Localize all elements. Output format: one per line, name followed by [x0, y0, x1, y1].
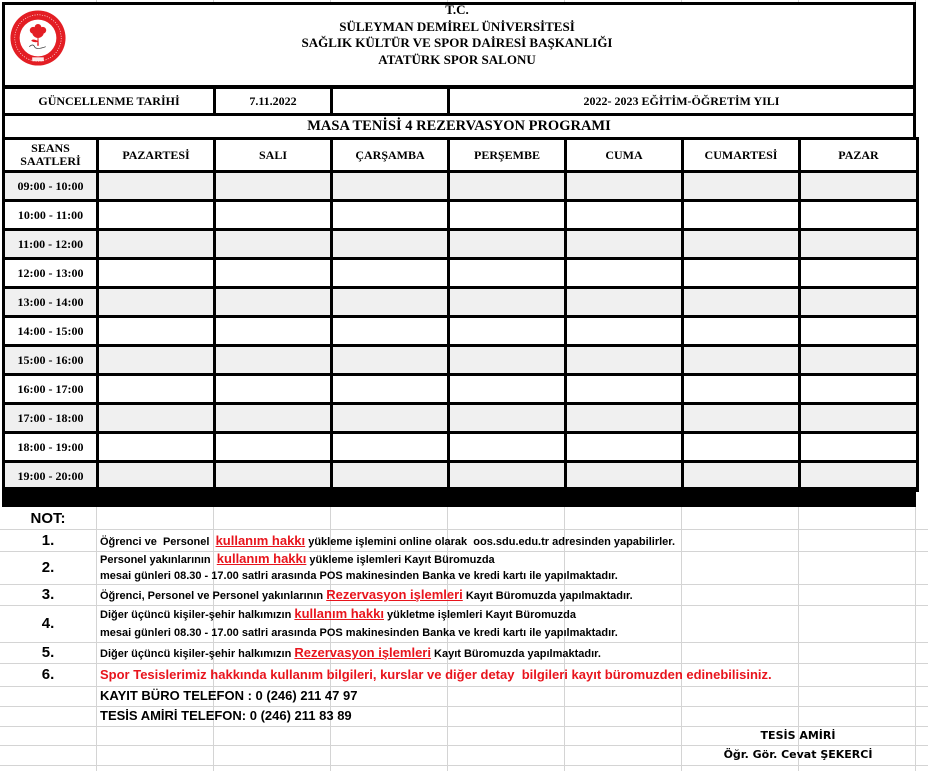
schedule-cell[interactable] — [798, 431, 919, 463]
note-text: Diğer üçüncü kişiler-şehir halkımızın ku… — [100, 605, 920, 642]
schedule-cell[interactable] — [681, 344, 801, 376]
schedule-cell[interactable] — [213, 431, 333, 463]
note-segment: yükleme işlemleri Kayıt Büromuzda — [306, 554, 494, 566]
time-slot-label: 18:00 - 19:00 — [2, 431, 99, 463]
schedule-cell[interactable] — [564, 286, 684, 318]
time-slot-label: 15:00 - 16:00 — [2, 344, 99, 376]
header-line-venue: ATATÜRK SPOR SALONU — [0, 52, 914, 69]
note-line: Spor Tesislerimiz hakkında kullanım bilg… — [100, 663, 920, 686]
manager-phone: TESİS AMİRİ TELEFON: 0 (246) 211 83 89 — [100, 706, 352, 726]
schedule-cell[interactable] — [798, 402, 919, 434]
note-highlight-link[interactable]: Rezervasyon işlemleri — [326, 587, 463, 602]
schedule-cell[interactable] — [330, 431, 450, 463]
schedule-cell[interactable] — [564, 257, 684, 289]
schedule-cell[interactable] — [798, 199, 919, 231]
schedule-cell[interactable] — [330, 286, 450, 318]
note-text: Spor Tesislerimiz hakkında kullanım bilg… — [100, 663, 920, 686]
day-header-1: SALI — [213, 137, 333, 173]
time-slot-label: 11:00 - 12:00 — [2, 228, 99, 260]
note-text: Öğrenci ve Personel kullanım hakkı yükle… — [100, 530, 920, 551]
note-line: Diğer üçüncü kişiler-şehir halkımızın ku… — [100, 605, 920, 624]
schedule-cell[interactable] — [96, 257, 216, 289]
table-bottom-bar — [2, 487, 916, 507]
schedule-cell[interactable] — [798, 344, 919, 376]
session-header-line2: SAATLERİ — [20, 155, 80, 168]
note-segment: Kayıt Büromuzda yapılmaktadır. — [431, 648, 601, 660]
schedule-cell[interactable] — [564, 431, 684, 463]
note-segment: Kayıt Büromuzda yapılmaktadır. — [463, 590, 633, 602]
schedule-cell[interactable] — [330, 315, 450, 347]
note-text: Diğer üçüncü kişiler-şehir halkımızın Re… — [100, 642, 920, 663]
schedule-cell[interactable] — [681, 170, 801, 202]
schedule-cell[interactable] — [213, 199, 333, 231]
schedule-cell[interactable] — [681, 257, 801, 289]
schedule-cell[interactable] — [96, 344, 216, 376]
schedule-cell[interactable] — [681, 402, 801, 434]
schedule-cell[interactable] — [681, 286, 801, 318]
schedule-cell[interactable] — [681, 228, 801, 260]
schedule-cell[interactable] — [213, 373, 333, 405]
note-line: Öğrenci, Personel ve Personel yakınların… — [100, 584, 920, 605]
note-line: Personel yakınlarının kullanım hakkı yük… — [100, 551, 920, 568]
schedule-cell[interactable] — [96, 431, 216, 463]
schedule-cell[interactable] — [330, 373, 450, 405]
note-highlight-text: Spor Tesislerimiz hakkında kullanım bilg… — [100, 667, 772, 682]
time-slot-label: 16:00 - 17:00 — [2, 373, 99, 405]
schedule-cell[interactable] — [564, 199, 684, 231]
note-highlight-link[interactable]: kullanım hakkı — [217, 551, 307, 566]
schedule-cell[interactable] — [96, 228, 216, 260]
updated-date-label: GÜNCELLENME TARİHİ — [2, 86, 216, 116]
header-titles: T.C. SÜLEYMAN DEMİREL ÜNİVERSİTESİ SAĞLI… — [0, 2, 914, 68]
note-segment: Diğer üçüncü kişiler-şehir halkımızın — [100, 609, 294, 621]
note-number: 5. — [0, 642, 96, 663]
info-blank-cell — [330, 86, 450, 116]
schedule-cell[interactable] — [330, 228, 450, 260]
day-header-0: PAZARTESİ — [96, 137, 216, 173]
day-header-6: PAZAR — [798, 137, 919, 173]
schedule-cell[interactable] — [330, 344, 450, 376]
signature-title: TESİS AMİRİ — [681, 727, 915, 745]
schedule-cell[interactable] — [213, 315, 333, 347]
schedule-cell[interactable] — [213, 170, 333, 202]
time-slot-label: 13:00 - 14:00 — [2, 286, 99, 318]
note-text: Personel yakınlarının kullanım hakkı yük… — [100, 551, 920, 584]
day-header-2: ÇARŞAMBA — [330, 137, 450, 173]
note-number: 6. — [0, 663, 96, 686]
note-number: 1. — [0, 530, 96, 551]
schedule-cell[interactable] — [447, 402, 567, 434]
note-line: Öğrenci ve Personel kullanım hakkı yükle… — [100, 530, 920, 551]
schedule-cell[interactable] — [447, 431, 567, 463]
notes-heading: NOT: — [0, 508, 96, 530]
schedule-cell[interactable] — [330, 257, 450, 289]
header-line-tc: T.C. — [0, 2, 914, 19]
header-line-university: SÜLEYMAN DEMİREL ÜNİVERSİTESİ — [0, 19, 914, 36]
schedule-cell[interactable] — [564, 315, 684, 347]
note-number: 4. — [0, 605, 96, 642]
updated-date-value: 7.11.2022 — [213, 86, 333, 116]
schedule-cell[interactable] — [213, 228, 333, 260]
schedule-cell[interactable] — [681, 315, 801, 347]
note-segment: mesai günleri 08.30 - 17.00 satlri arası… — [100, 627, 618, 639]
note-segment: Diğer üçüncü kişiler-şehir halkımızın — [100, 648, 294, 660]
schedule-cell[interactable] — [330, 170, 450, 202]
schedule-cell[interactable] — [564, 228, 684, 260]
schedule-cell[interactable] — [213, 344, 333, 376]
time-slot-label: 14:00 - 15:00 — [2, 315, 99, 347]
note-segment: Öğrenci ve Personel — [100, 536, 216, 548]
schedule-cell[interactable] — [564, 170, 684, 202]
day-header-5: CUMARTESİ — [681, 137, 801, 173]
schedule-cell[interactable] — [681, 431, 801, 463]
schedule-cell[interactable] — [213, 286, 333, 318]
note-number: 2. — [0, 551, 96, 584]
schedule-cell[interactable] — [447, 199, 567, 231]
schedule-cell[interactable] — [798, 315, 919, 347]
schedule-cell[interactable] — [798, 170, 919, 202]
time-slot-label: 17:00 - 18:00 — [2, 402, 99, 434]
schedule-cell[interactable] — [681, 373, 801, 405]
header-line-department: SAĞLIK KÜLTÜR VE SPOR DAİRESİ BAŞKANLIĞI — [0, 35, 914, 52]
note-segment: Personel yakınlarının — [100, 554, 217, 566]
schedule-cell[interactable] — [447, 315, 567, 347]
note-highlight-link[interactable]: Rezervasyon işlemleri — [294, 645, 431, 660]
note-line: Diğer üçüncü kişiler-şehir halkımızın Re… — [100, 642, 920, 663]
note-segment: Öğrenci, Personel ve Personel yakınların… — [100, 590, 326, 602]
schedule-cell[interactable] — [447, 228, 567, 260]
note-text: Öğrenci, Personel ve Personel yakınların… — [100, 584, 920, 605]
schedule-cell[interactable] — [96, 286, 216, 318]
day-header-3: PERŞEMBE — [447, 137, 567, 173]
schedule-title: MASA TENİSİ 4 REZERVASYON PROGRAMI — [2, 113, 916, 140]
time-slot-label: 10:00 - 11:00 — [2, 199, 99, 231]
note-segment: yükleme işlemini online olarak oos.sdu.e… — [305, 536, 675, 548]
schedule-cell[interactable] — [213, 257, 333, 289]
time-slot-label: 12:00 - 13:00 — [2, 257, 99, 289]
schedule-cell[interactable] — [564, 373, 684, 405]
schedule-cell[interactable] — [96, 373, 216, 405]
note-segment: yükletme işlemleri Kayıt Büromuzda — [384, 609, 576, 621]
day-header-4: CUMA — [564, 137, 684, 173]
time-slot-label: 09:00 - 10:00 — [2, 170, 99, 202]
note-highlight-link[interactable]: kullanım hakkı — [294, 606, 384, 621]
schedule-cell[interactable] — [681, 199, 801, 231]
note-line: mesai günleri 08.30 - 17.00 satlri arası… — [100, 624, 920, 643]
academic-year: 2022- 2023 EĞİTİM-ÖĞRETİM YILI — [447, 86, 916, 116]
note-highlight-link[interactable]: kullanım hakkı — [216, 533, 306, 548]
schedule-cell[interactable] — [330, 199, 450, 231]
schedule-cell[interactable] — [447, 344, 567, 376]
registry-phone: KAYIT BÜRO TELEFON : 0 (246) 211 47 97 — [100, 686, 357, 706]
schedule-cell[interactable] — [798, 373, 919, 405]
schedule-cell[interactable] — [96, 199, 216, 231]
schedule-cell[interactable] — [447, 170, 567, 202]
note-number: 3. — [0, 584, 96, 605]
schedule-cell[interactable] — [798, 257, 919, 289]
schedule-cell[interactable] — [798, 228, 919, 260]
schedule-cell[interactable] — [564, 402, 684, 434]
schedule-cell[interactable] — [330, 402, 450, 434]
signature-name: Öğr. Gör. Cevat ŞEKERCİ — [681, 745, 915, 765]
schedule-cell[interactable] — [96, 170, 216, 202]
schedule-cell[interactable] — [447, 286, 567, 318]
schedule-cell[interactable] — [213, 402, 333, 434]
schedule-cell[interactable] — [96, 315, 216, 347]
schedule-cell[interactable] — [798, 286, 919, 318]
schedule-cell[interactable] — [447, 257, 567, 289]
note-segment: mesai günleri 08.30 - 17.00 satlri arası… — [100, 570, 618, 582]
session-hours-header: SEANSSAATLERİ — [2, 137, 99, 173]
note-line: mesai günleri 08.30 - 17.00 satlri arası… — [100, 568, 920, 585]
schedule-cell[interactable] — [96, 402, 216, 434]
schedule-cell[interactable] — [447, 373, 567, 405]
schedule-cell[interactable] — [564, 344, 684, 376]
